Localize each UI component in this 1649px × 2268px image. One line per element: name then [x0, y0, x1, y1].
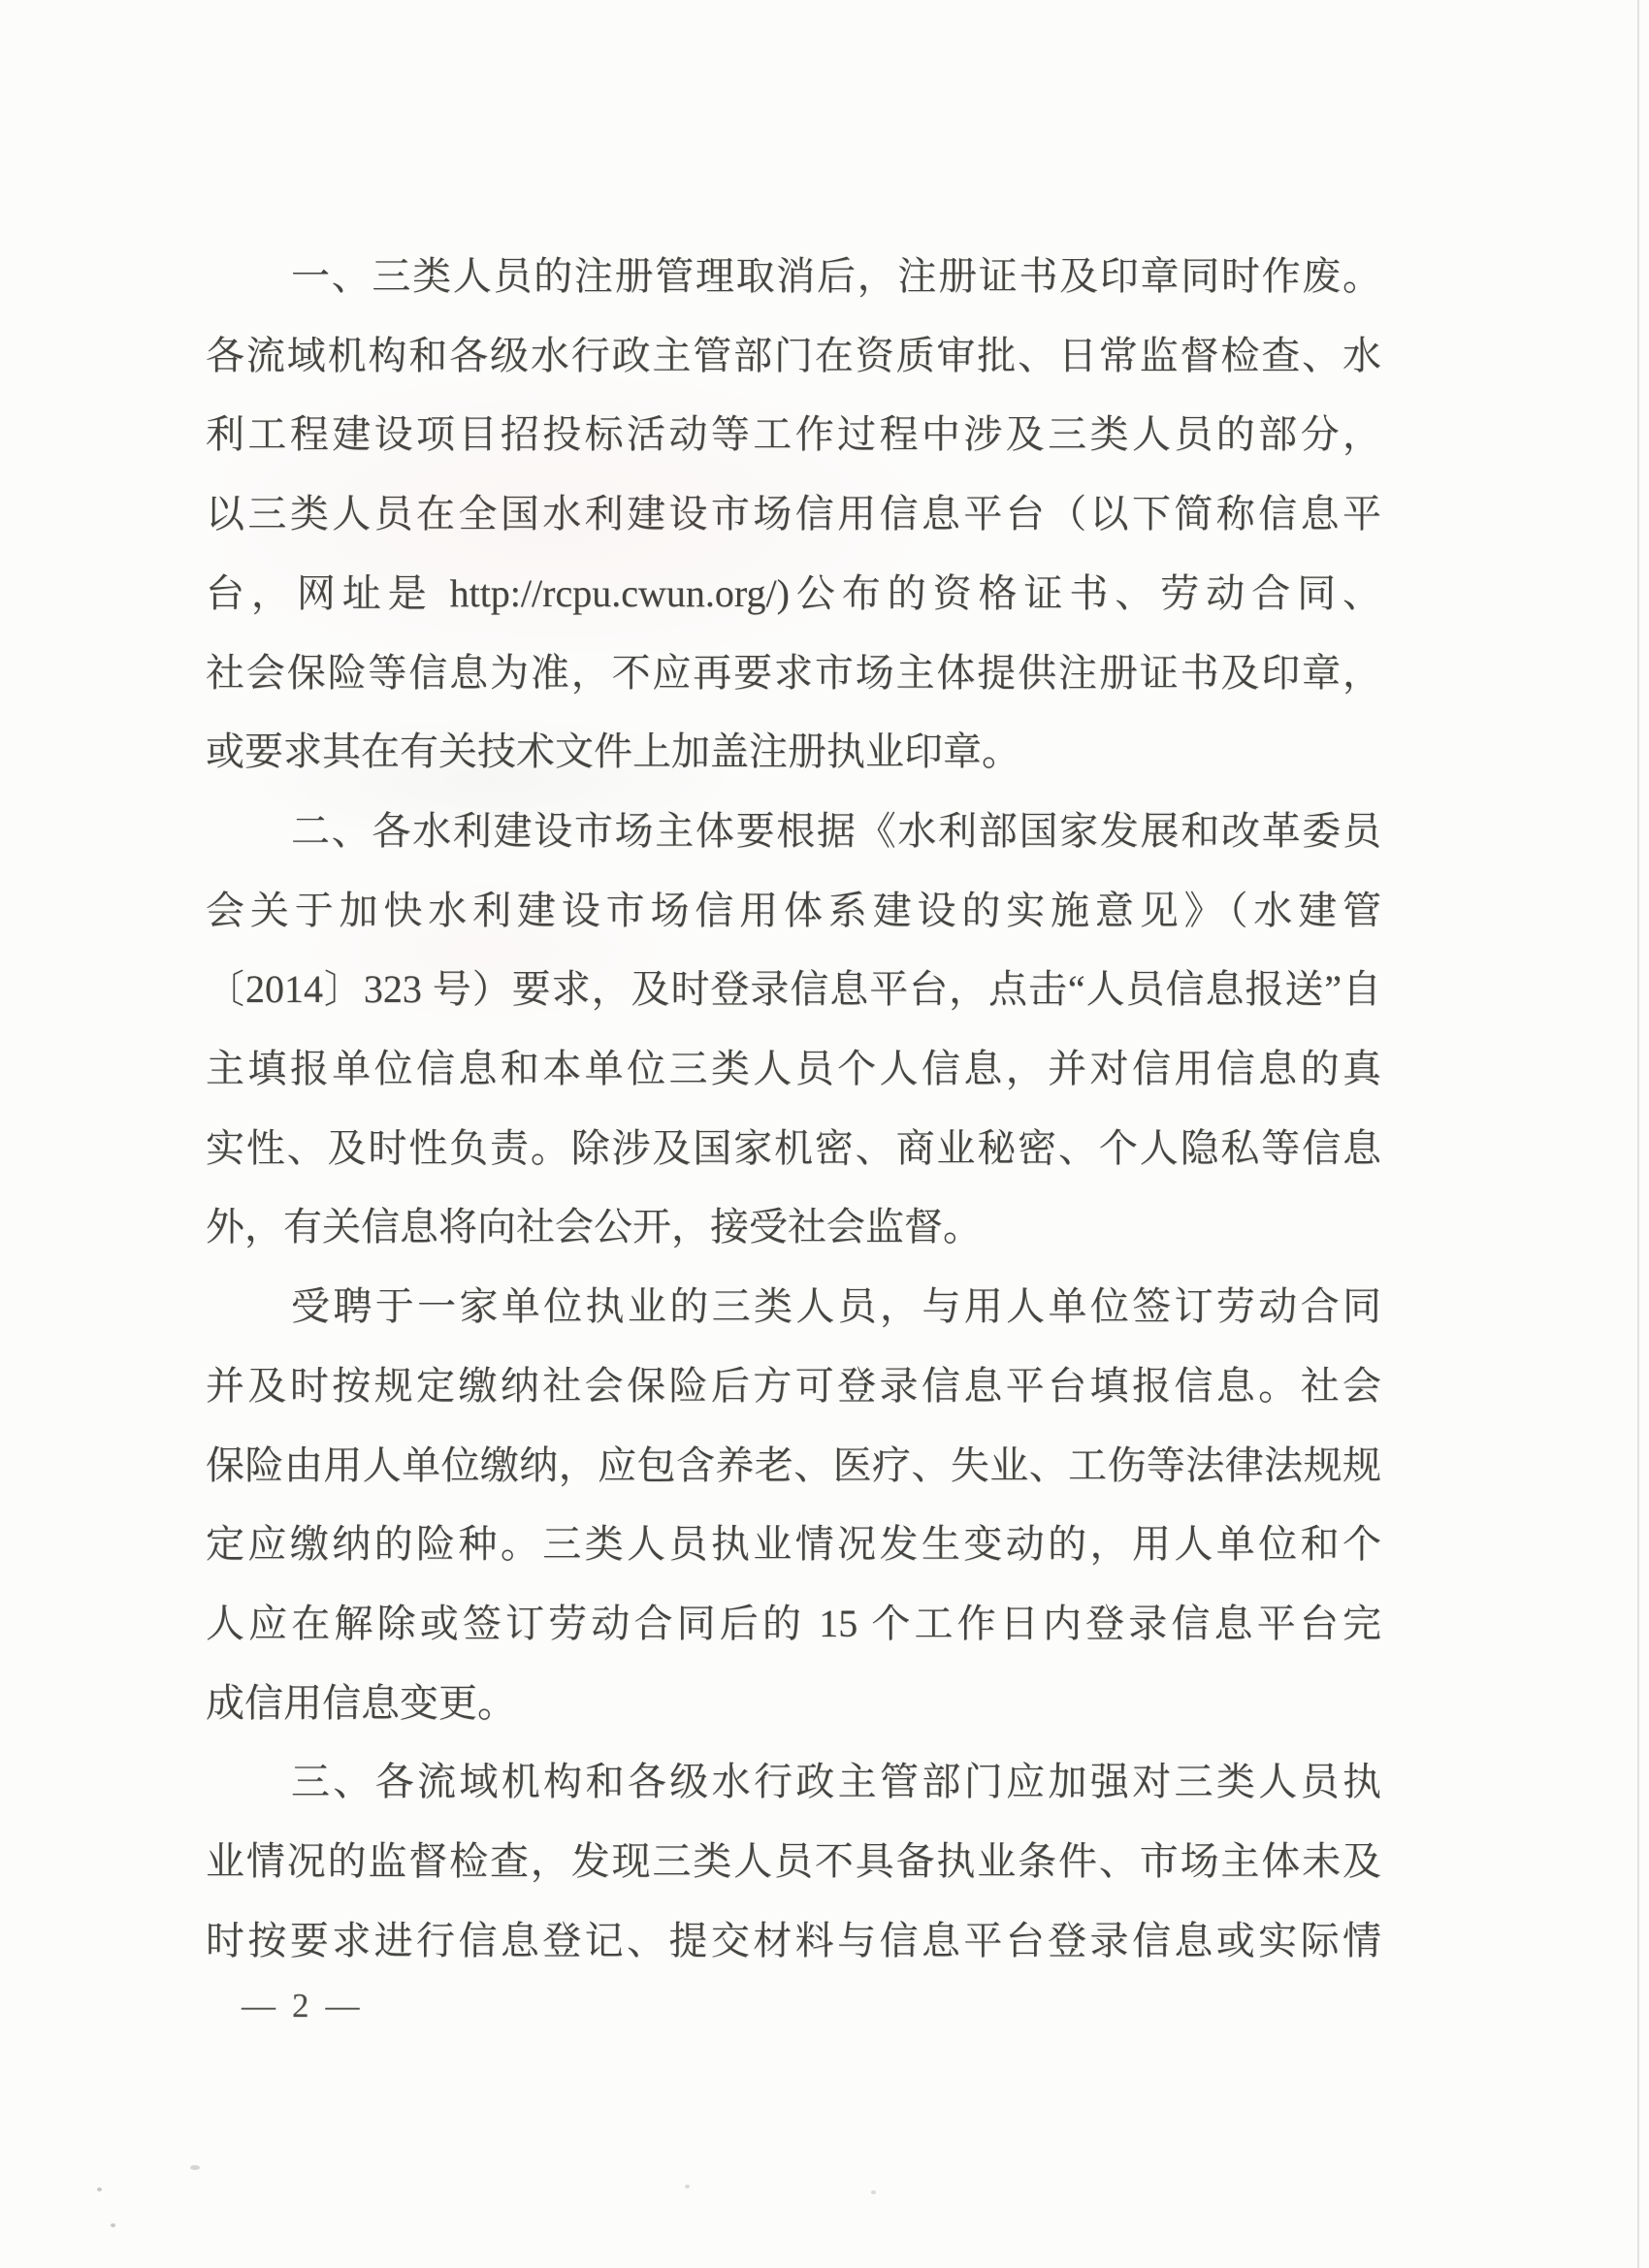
text-line: 利工程建设项目招投标活动等工作过程中涉及三类人员的部分， — [206, 395, 1381, 474]
text-line: 受聘于一家单位执业的三类人员，与用人单位签订劳动合同 — [206, 1267, 1381, 1346]
footer-dash-right: — — [326, 1987, 360, 2025]
footer-page-number: 2 — [292, 1987, 309, 2025]
text-line: 业情况的监督检查，发现三类人员不具备执业条件、市场主体未及 — [206, 1822, 1381, 1901]
scan-speck — [190, 2165, 200, 2170]
scan-speck — [871, 2190, 876, 2194]
scan-speck — [685, 2185, 690, 2188]
scanned-document-page: 一、三类人员的注册管理取消后，注册证书及印章同时作废。各流域机构和各级水行政主管… — [0, 0, 1649, 2268]
text-line: 定应缴纳的险种。三类人员执业情况发生变动的，用人单位和个 — [206, 1505, 1381, 1584]
text-line: 主填报单位信息和本单位三类人员个人信息，并对信用信息的真 — [206, 1029, 1381, 1109]
text-line: 〔2014〕323 号）要求，及时登录信息平台，点击“人员信息报送”自 — [206, 950, 1381, 1029]
footer-dash-left: — — [242, 1987, 275, 2025]
text-line: 各流域机构和各级水行政主管部门在资质审批、日常监督检查、水 — [206, 316, 1381, 396]
text-line: 实性、及时性负责。除涉及国家机密、商业秘密、个人隐私等信息 — [206, 1109, 1381, 1188]
text-line: 成信用信息变更。 — [206, 1664, 1381, 1743]
page-footer: —2— — [242, 1985, 360, 2027]
text-line: 一、三类人员的注册管理取消后，注册证书及印章同时作废。 — [206, 237, 1381, 316]
text-line: 社会保险等信息为准，不应再要求市场主体提供注册证书及印章， — [206, 633, 1381, 713]
text-line: 保险由用人单位缴纳，应包含养老、医疗、失业、工伤等法律法规规 — [206, 1426, 1381, 1506]
text-line: 外，有关信息将向社会公开，接受社会监督。 — [206, 1187, 1381, 1267]
scan-paper-edge — [1637, 0, 1639, 2268]
text-line: 台，网址是 http://rcpu.cwun.org/)公布的资格证书、劳动合同… — [206, 554, 1381, 633]
text-line: 时按要求进行信息登记、提交材料与信息平台登录信息或实际情 — [206, 1901, 1381, 1981]
text-line: 并及时按规定缴纳社会保险后方可登录信息平台填报信息。社会 — [206, 1346, 1381, 1426]
text-line: 二、各水利建设市场主体要根据《水利部国家发展和改革委员 — [206, 792, 1381, 871]
scan-speck — [111, 2223, 115, 2227]
text-line: 三、各流域机构和各级水行政主管部门应加强对三类人员执 — [206, 1742, 1381, 1822]
text-line: 以三类人员在全国水利建设市场信用信息平台（以下简称信息平 — [206, 474, 1381, 554]
text-line: 人应在解除或签订劳动合同后的 15 个工作日内登录信息平台完 — [206, 1584, 1381, 1664]
document-body: 一、三类人员的注册管理取消后，注册证书及印章同时作废。各流域机构和各级水行政主管… — [206, 237, 1381, 1980]
scan-speck — [97, 2187, 102, 2191]
text-line: 会关于加快水利建设市场信用体系建设的实施意见》（水建管 — [206, 871, 1381, 951]
text-line: 或要求其在有关技术文件上加盖注册执业印章。 — [206, 712, 1381, 792]
